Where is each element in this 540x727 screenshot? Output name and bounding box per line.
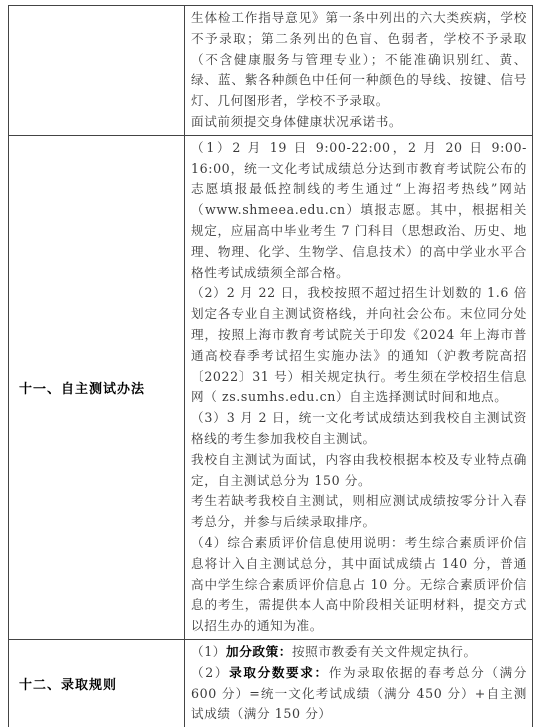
paragraph: （1）2 月 19 日 9:00-22:00，2 月 20 日 9:00-16:…: [191, 138, 527, 284]
paragraph: （4）综合素质评价信息使用说明：考生综合素质评价信息将计入自主测试总分，其中面试…: [191, 533, 527, 637]
paragraph: 考生若缺考我校自主测试，则相应测试成绩按零分计入春考总分，并参与后续录取排序。: [191, 491, 527, 533]
row-label-cell: [9, 6, 185, 136]
paragraph: （2）录取分数要求：作为录取依据的春考总分（满分 600 分）=统一文化考试成绩…: [191, 663, 527, 725]
row-label-cell: 十一、自主测试办法: [9, 135, 185, 639]
table-row: 十二、录取规则 （1）加分政策：按照市教委有关文件规定执行。 （2）录取分数要求…: [9, 639, 533, 727]
row-label: 十二、录取规则: [9, 674, 184, 693]
paragraph: （2）2 月 22 日，我校按照不超过招生计划数的 1.6 倍划定各专业自主测试…: [191, 283, 527, 408]
row-content-cell: （1）2 月 19 日 9:00-22:00，2 月 20 日 9:00-16:…: [185, 135, 533, 639]
table-row: 十一、自主测试办法 （1）2 月 19 日 9:00-22:00，2 月 20 …: [9, 135, 533, 639]
row-content-cell: 生体检工作指导意见》第一条中列出的六大类疾病，学校不予录取；第二条列出的色盲、色…: [185, 6, 533, 136]
paragraph: 面试前须提交身体健康状况承诺书。: [191, 112, 527, 133]
row-label-cell: 十二、录取规则: [9, 639, 185, 727]
paragraph: （1）加分政策：按照市教委有关文件规定执行。: [191, 642, 527, 663]
row-label: 十一、自主测试办法: [9, 378, 184, 397]
bold-term: 加分政策：: [226, 644, 292, 659]
row-content-cell: （1）加分政策：按照市教委有关文件规定执行。 （2）录取分数要求：作为录取依据的…: [185, 639, 533, 727]
admission-rules-table: 生体检工作指导意见》第一条中列出的六大类疾病，学校不予录取；第二条列出的色盲、色…: [8, 5, 533, 727]
bold-term: 录取分数要求：: [229, 665, 329, 680]
paragraph: 我校自主测试为面试，内容由我校根据本校及专业特点确定，自主测试总分为 150 分…: [191, 450, 527, 492]
paragraph: （3）3 月 2 日，统一文化考试成绩达到我校自主测试资格线的考生参加我校自主测…: [191, 408, 527, 450]
paragraph: 生体检工作指导意见》第一条中列出的六大类疾病，学校不予录取；第二条列出的色盲、色…: [191, 8, 527, 112]
table-row: 生体检工作指导意见》第一条中列出的六大类疾病，学校不予录取；第二条列出的色盲、色…: [9, 6, 533, 136]
